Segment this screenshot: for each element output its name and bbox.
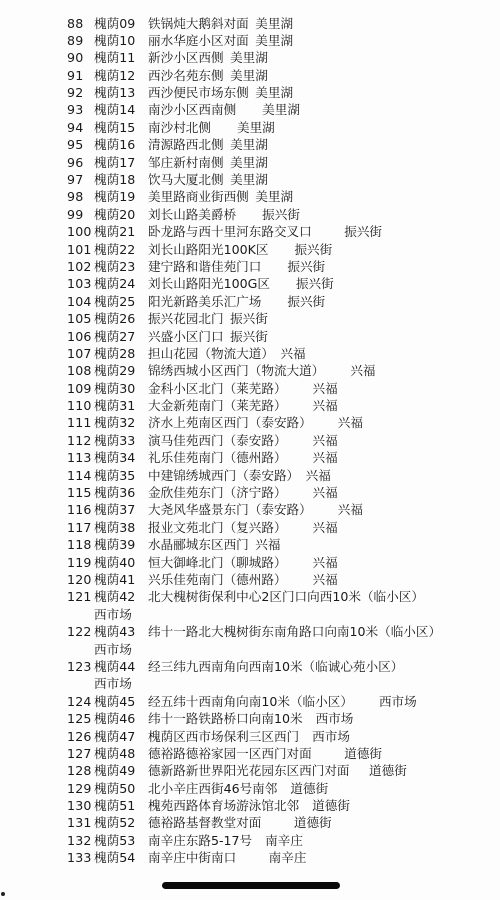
table-row: 90槐荫11新沙小区西侧美里湖 (0, 49, 500, 66)
table-row: 102槐荫23建宁路和谐佳苑门口振兴街 (0, 258, 500, 275)
site-code: 槐荫44 (94, 658, 135, 675)
location-and-district: 经三纬九西南角向西南10米（临诚心苑小区） (148, 658, 403, 675)
site-code: 槐荫28 (94, 345, 135, 362)
location-and-district: 卧龙路与西十里河东路交叉口振兴街 (148, 223, 382, 240)
district-text: 兴福 (313, 485, 338, 500)
location-text: 铁锅炖大鹅斜对面 (148, 16, 249, 31)
location-text: 振兴花园北门 (148, 311, 224, 326)
table-row: 97槐荫18饮马大厦北侧美里湖 (0, 171, 500, 188)
location-text: 北小辛庄西街46号南邻 (148, 781, 277, 796)
location-and-district: 济水上苑南区西门（泰安路）兴福 (148, 414, 363, 431)
location-text: 经三纬九西南角向西南10米（临诚心苑小区） (148, 659, 403, 674)
row-number: 118 (67, 536, 92, 553)
site-code: 槐荫14 (94, 101, 135, 118)
table-row: 119槐荫40恒大御峰北门（聊城路）兴福 (0, 554, 500, 571)
site-code: 槐荫51 (94, 797, 135, 814)
site-code: 槐荫32 (94, 414, 135, 431)
location-text: 德裕路德裕家园一区西门对面 (148, 746, 312, 761)
location-and-district: 南沙小区西南侧美里湖 (148, 101, 300, 118)
table-row: 89槐荫10丽水华庭小区对面美里湖 (0, 32, 500, 49)
location-and-district: 金科小区北门（莱芜路）兴福 (148, 380, 338, 397)
table-row: 91槐荫12西沙名苑东侧美里湖 (0, 67, 500, 84)
row-number: 133 (67, 849, 92, 866)
location-and-district: 演马佳苑西门（泰安路）兴福 (148, 432, 338, 449)
table-row: 115槐荫36金欣佳苑东门（济宁路）兴福 (0, 484, 500, 501)
site-code: 槐荫20 (94, 206, 135, 223)
district-text: 南辛庄 (265, 833, 303, 848)
location-and-district: 德裕路基督教堂对面道德街 (148, 814, 332, 831)
location-text: 德新路新世界阳光花园东区西门对面 (148, 763, 350, 778)
row-number: 107 (67, 345, 92, 362)
district-text: 兴福 (350, 363, 375, 378)
table-row: 120槐荫41兴乐佳苑南门（德州路）兴福 (0, 571, 500, 588)
table-row: 123槐荫44经三纬九西南角向西南10米（临诚心苑小区） (0, 658, 500, 675)
row-number: 110 (67, 397, 92, 414)
location-and-district: 建宁路和谐佳苑门口振兴街 (148, 258, 325, 275)
location-and-district: 美里路商业街西侧美里湖 (148, 188, 293, 205)
location-text: 北大槐树街保利中心2区门口向西10米（临小区） (148, 589, 424, 604)
location-text: 水晶郦城东区西门 (148, 537, 249, 552)
site-code: 槐荫48 (94, 745, 135, 762)
site-code: 槐荫12 (94, 67, 135, 84)
table-row: 110槐荫31大金新苑南门（莱芜路）兴福 (0, 397, 500, 414)
row-number: 101 (67, 241, 92, 258)
location-text: 南沙小区西南侧 (148, 102, 236, 117)
row-number: 104 (67, 293, 92, 310)
row-number: 92 (67, 84, 83, 101)
table-row: 132槐荫53南辛庄东路5-17号南辛庄 (0, 832, 500, 849)
location-text: 刘长山路阳光100K区 (148, 242, 268, 257)
location-text: 中建锦绣城西门（泰安路） (148, 468, 299, 483)
location-text: 刘长山路阳光100G区 (148, 276, 270, 291)
district-text: 西市场 (379, 694, 417, 709)
district-text: 兴福 (313, 381, 338, 396)
table-row: 108槐荫29锦绣西城小区西门（物流大道）兴福 (0, 362, 500, 379)
site-code: 槐荫42 (94, 588, 135, 605)
site-code: 槐荫39 (94, 536, 135, 553)
table-row: 107槐荫28担山花园（物流大道）兴福 (0, 345, 500, 362)
location-text: 德裕路基督教堂对面 (148, 815, 261, 830)
site-code: 槐荫41 (94, 571, 135, 588)
location-list: 88槐荫09铁锅炖大鹅斜对面美里湖89槐荫10丽水华庭小区对面美里湖90槐荫11… (0, 15, 500, 867)
table-row: 122槐荫43纬十一路北大槐树街东南角路口向南10米（临小区） (0, 623, 500, 640)
site-code: 槐荫37 (94, 501, 135, 518)
table-row: 88槐荫09铁锅炖大鹅斜对面美里湖 (0, 15, 500, 32)
table-row: 100槐荫21卧龙路与西十里河东路交叉口振兴街 (0, 223, 500, 240)
location-and-district: 德裕路德裕家园一区西门对面道德街 (148, 745, 382, 762)
site-code: 槐荫43 (94, 623, 135, 640)
location-text: 演马佳苑西门（泰安路） (148, 433, 287, 448)
district-text: 道德街 (344, 746, 382, 761)
location-text: 南辛庄东路5-17号 (148, 833, 252, 848)
location-text: 美里路商业街西侧 (148, 189, 249, 204)
location-text: 南辛庄中街南口 (148, 850, 236, 865)
site-code: 槐荫15 (94, 119, 135, 136)
location-text: 刘长山路美爵桥 (148, 207, 236, 222)
site-code: 槐荫52 (94, 814, 135, 831)
district-text: 振兴街 (287, 259, 325, 274)
district-text: 美里湖 (230, 137, 268, 152)
location-text: 南沙村北侧 (148, 120, 211, 135)
district-text: 兴福 (313, 555, 338, 570)
district-text: 振兴街 (344, 224, 382, 239)
row-number: 94 (67, 119, 83, 136)
row-number: 126 (67, 728, 92, 745)
table-row: 125槐荫46纬十一路铁路桥口向南10米西市场 (0, 710, 500, 727)
district-text: 兴福 (313, 520, 338, 535)
location-and-district: 南沙村北侧美里湖 (148, 119, 275, 136)
location-text: 报业文苑北门（复兴路） (148, 520, 287, 535)
row-number: 97 (67, 171, 83, 188)
location-text: 丽水华庭小区对面 (148, 33, 249, 48)
row-number: 130 (67, 797, 92, 814)
location-text: 槐苑西路体育场游泳馆北邻 (148, 798, 299, 813)
location-text: 新沙小区西侧 (148, 50, 224, 65)
table-row: 95槐荫16清源路西北侧美里湖 (0, 136, 500, 153)
row-number: 117 (67, 519, 92, 536)
district-text: 兴福 (306, 468, 331, 483)
site-code: 槐荫21 (94, 223, 135, 240)
row-number: 96 (67, 154, 83, 171)
table-row: 101槐荫22刘长山路阳光100K区振兴街 (0, 241, 500, 258)
location-and-district: 邹庄新村南侧美里湖 (148, 154, 268, 171)
row-number: 91 (67, 67, 83, 84)
location-and-district: 纬十一路北大槐树街东南角路口向南10米（临小区） (148, 623, 441, 640)
district-text: 美里湖 (262, 102, 300, 117)
location-text: 礼乐佳苑南门（德州路） (148, 450, 287, 465)
location-and-district: 报业文苑北门（复兴路）兴福 (148, 519, 338, 536)
district-text: 兴福 (255, 537, 280, 552)
site-code: 槐荫31 (94, 397, 135, 414)
table-row: 118槐荫39水晶郦城东区西门兴福 (0, 536, 500, 553)
location-and-district: 金欣佳苑东门（济宁路）兴福 (148, 484, 338, 501)
district-text: 振兴街 (287, 294, 325, 309)
district-text: 美里湖 (230, 68, 268, 83)
district-text: 兴福 (338, 415, 363, 430)
row-number: 90 (67, 49, 83, 66)
row-number: 123 (67, 658, 92, 675)
table-row: 127槐荫48德裕路德裕家园一区西门对面道德街 (0, 745, 500, 762)
table-row: 129槐荫50北小辛庄西街46号南邻道德街 (0, 780, 500, 797)
site-code: 槐荫26 (94, 310, 135, 327)
table-row: 114槐荫35中建锦绣城西门（泰安路）兴福 (0, 467, 500, 484)
location-and-district: 水晶郦城东区西门兴福 (148, 536, 280, 553)
table-row: 133槐荫54南辛庄中街南口南辛庄 (0, 849, 500, 866)
district-text: 西市场 (94, 641, 132, 658)
table-row: 131槐荫52德裕路基督教堂对面道德街 (0, 814, 500, 831)
row-number: 98 (67, 188, 83, 205)
location-text: 金科小区北门（莱芜路） (148, 381, 287, 396)
location-and-district: 北大槐树街保利中心2区门口向西10米（临小区） (148, 588, 424, 605)
table-row: 105槐荫26振兴花园北门振兴街 (0, 310, 500, 327)
row-number: 95 (67, 136, 83, 153)
row-number: 113 (67, 449, 92, 466)
row-number: 125 (67, 710, 92, 727)
site-code: 槐荫10 (94, 32, 135, 49)
row-number: 131 (67, 814, 92, 831)
district-text: 道德街 (369, 763, 407, 778)
row-number: 128 (67, 762, 92, 779)
row-number: 109 (67, 380, 92, 397)
location-text: 纬十一路铁路桥口向南10米 (148, 711, 303, 726)
table-row: 96槐荫17邹庄新村南侧美里湖 (0, 154, 500, 171)
district-text: 美里湖 (255, 16, 293, 31)
district-text: 振兴街 (230, 311, 268, 326)
site-code: 槐荫13 (94, 84, 135, 101)
row-number: 112 (67, 432, 92, 449)
site-code: 槐荫50 (94, 780, 135, 797)
table-row: 126槐荫47槐荫区西市场保利三区西门西市场 (0, 728, 500, 745)
district-text: 西市场 (316, 711, 354, 726)
row-number: 116 (67, 501, 92, 518)
site-code: 槐荫25 (94, 293, 135, 310)
district-text: 振兴街 (296, 276, 334, 291)
location-text: 建宁路和谐佳苑门口 (148, 259, 261, 274)
district-text: 道德街 (294, 815, 332, 830)
location-and-district: 振兴花园北门振兴街 (148, 310, 268, 327)
site-code: 槐荫38 (94, 519, 135, 536)
table-row-continuation: 西市场 (0, 641, 500, 658)
row-number: 103 (67, 275, 92, 292)
district-text: 美里湖 (230, 50, 268, 65)
district-text: 振兴街 (294, 242, 332, 257)
location-text: 邹庄新村南侧 (148, 155, 224, 170)
table-row: 103槐荫24刘长山路阳光100G区振兴街 (0, 275, 500, 292)
location-text: 兴乐佳苑南门（德州路） (148, 572, 287, 587)
site-code: 槐荫34 (94, 449, 135, 466)
table-row: 111槐荫32济水上苑南区西门（泰安路）兴福 (0, 414, 500, 431)
home-indicator[interactable] (162, 882, 340, 889)
district-text: 美里湖 (255, 85, 293, 100)
table-row: 98槐荫19美里路商业街西侧美里湖 (0, 188, 500, 205)
location-and-district: 南辛庄中街南口南辛庄 (148, 849, 306, 866)
site-code: 槐荫53 (94, 832, 135, 849)
location-and-district: 铁锅炖大鹅斜对面美里湖 (148, 15, 293, 32)
site-code: 槐荫18 (94, 171, 135, 188)
district-text: 美里湖 (230, 155, 268, 170)
row-number: 106 (67, 328, 92, 345)
table-row: 124槐荫45经五纬十西南角向南10米（临小区）西市场 (0, 693, 500, 710)
district-text: 振兴街 (230, 329, 268, 344)
location-text: 经五纬十西南角向南10米（临小区） (148, 694, 353, 709)
row-number: 119 (67, 554, 92, 571)
table-row: 106槐荫27兴盛小区门口振兴街 (0, 328, 500, 345)
row-number: 102 (67, 258, 92, 275)
site-code: 槐荫11 (94, 49, 135, 66)
location-and-district: 新沙小区西侧美里湖 (148, 49, 268, 66)
site-code: 槐荫23 (94, 258, 135, 275)
location-and-district: 大金新苑南门（莱芜路）兴福 (148, 397, 338, 414)
district-text: 道德街 (290, 781, 328, 796)
location-and-district: 饮马大厦北侧美里湖 (148, 171, 268, 188)
location-text: 西沙名苑东侧 (148, 68, 224, 83)
site-code: 槐荫35 (94, 467, 135, 484)
location-text: 饮马大厦北侧 (148, 172, 224, 187)
location-and-district: 中建锦绣城西门（泰安路）兴福 (148, 467, 331, 484)
district-text: 兴福 (313, 433, 338, 448)
location-text: 阳光新路美乐汇广场 (148, 294, 261, 309)
district-text: 美里湖 (237, 120, 275, 135)
table-row: 130槐荫51槐苑西路体育场游泳馆北邻道德街 (0, 797, 500, 814)
site-code: 槐荫17 (94, 154, 135, 171)
district-text: 道德街 (312, 798, 350, 813)
location-and-district: 西沙名苑东侧美里湖 (148, 67, 268, 84)
district-text: 西市场 (94, 606, 132, 623)
location-and-district: 刘长山路阳光100G区振兴街 (148, 275, 334, 292)
row-number: 105 (67, 310, 92, 327)
district-text: 兴福 (338, 502, 363, 517)
row-number: 93 (67, 101, 83, 118)
district-text: 西市场 (312, 729, 350, 744)
location-and-district: 锦绣西城小区西门（物流大道）兴福 (148, 362, 376, 379)
row-number: 111 (67, 414, 92, 431)
table-row: 92槐荫13西沙便民市场东侧美里湖 (0, 84, 500, 101)
row-number: 99 (67, 206, 83, 223)
location-text: 大金新苑南门（莱芜路） (148, 398, 287, 413)
table-row-continuation: 西市场 (0, 606, 500, 623)
location-and-district: 兴盛小区门口振兴街 (148, 328, 268, 345)
table-row: 94槐荫15南沙村北侧美里湖 (0, 119, 500, 136)
site-code: 槐荫40 (94, 554, 135, 571)
location-text: 金欣佳苑东门（济宁路） (148, 485, 287, 500)
site-code: 槐荫30 (94, 380, 135, 397)
table-row: 104槐荫25阳光新路美乐汇广场振兴街 (0, 293, 500, 310)
location-and-district: 经五纬十西南角向南10米（临小区）西市场 (148, 693, 417, 710)
location-and-district: 丽水华庭小区对面美里湖 (148, 32, 293, 49)
district-text: 南辛庄 (269, 850, 307, 865)
location-and-district: 北小辛庄西街46号南邻道德街 (148, 780, 328, 797)
location-text: 兴盛小区门口 (148, 329, 224, 344)
location-text: 槐荫区西市场保利三区西门 (148, 729, 299, 744)
site-code: 槐荫29 (94, 362, 135, 379)
row-number: 120 (67, 571, 92, 588)
location-and-district: 南辛庄东路5-17号南辛庄 (148, 832, 303, 849)
row-number: 114 (67, 467, 92, 484)
site-code: 槐荫27 (94, 328, 135, 345)
location-text: 西沙便民市场东侧 (148, 85, 249, 100)
site-code: 槐荫46 (94, 710, 135, 727)
location-and-district: 西沙便民市场东侧美里湖 (148, 84, 293, 101)
district-text: 振兴街 (262, 207, 300, 222)
location-and-district: 槐荫区西市场保利三区西门西市场 (148, 728, 350, 745)
location-and-district: 担山花园（物流大道）兴福 (148, 345, 306, 362)
site-code: 槐荫24 (94, 275, 135, 292)
location-and-district: 礼乐佳苑南门（德州路）兴福 (148, 449, 338, 466)
table-row: 117槐荫38报业文苑北门（复兴路）兴福 (0, 519, 500, 536)
district-text: 美里湖 (255, 33, 293, 48)
table-row: 93槐荫14南沙小区西南侧美里湖 (0, 101, 500, 118)
row-number: 122 (67, 623, 92, 640)
location-text: 恒大御峰北门（聊城路） (148, 555, 287, 570)
row-number: 121 (67, 588, 92, 605)
location-and-district: 纬十一路铁路桥口向南10米西市场 (148, 710, 353, 727)
site-code: 槐荫45 (94, 693, 135, 710)
location-text: 纬十一路北大槐树街东南角路口向南10米（临小区） (148, 624, 441, 639)
location-and-district: 刘长山路美爵桥振兴街 (148, 206, 300, 223)
location-and-district: 兴乐佳苑南门（德州路）兴福 (148, 571, 338, 588)
location-and-district: 恒大御峰北门（聊城路）兴福 (148, 554, 338, 571)
table-row: 112槐荫33演马佳苑西门（泰安路）兴福 (0, 432, 500, 449)
table-row: 128槐荫49德新路新世界阳光花园东区西门对面道德街 (0, 762, 500, 779)
row-number: 89 (67, 32, 83, 49)
row-number: 127 (67, 745, 92, 762)
table-row: 109槐荫30金科小区北门（莱芜路）兴福 (0, 380, 500, 397)
site-code: 槐荫09 (94, 15, 135, 32)
location-and-district: 德新路新世界阳光花园东区西门对面道德街 (148, 762, 407, 779)
site-code: 槐荫19 (94, 188, 135, 205)
row-number: 124 (67, 693, 92, 710)
district-text: 兴福 (313, 572, 338, 587)
district-text: 西市场 (94, 675, 132, 692)
site-code: 槐荫22 (94, 241, 135, 258)
site-code: 槐荫36 (94, 484, 135, 501)
site-code: 槐荫16 (94, 136, 135, 153)
location-and-district: 大尧风华盛景东门（泰安路）兴福 (148, 501, 363, 518)
table-row: 113槐荫34礼乐佳苑南门（德州路）兴福 (0, 449, 500, 466)
table-row: 99槐荫20刘长山路美爵桥振兴街 (0, 206, 500, 223)
location-text: 清源路西北侧 (148, 137, 224, 152)
location-text: 卧龙路与西十里河东路交叉口 (148, 224, 312, 239)
location-text: 锦绣西城小区西门（物流大道） (148, 363, 324, 378)
corner-dot (1, 892, 5, 896)
row-number: 100 (67, 223, 92, 240)
location-text: 大尧风华盛景东门（泰安路） (148, 502, 312, 517)
table-row-continuation: 西市场 (0, 675, 500, 692)
district-text: 美里湖 (230, 172, 268, 187)
site-code: 槐荫33 (94, 432, 135, 449)
location-and-district: 刘长山路阳光100K区振兴街 (148, 241, 332, 258)
location-and-district: 清源路西北侧美里湖 (148, 136, 268, 153)
row-number: 88 (67, 15, 83, 32)
row-number: 132 (67, 832, 92, 849)
row-number: 108 (67, 362, 92, 379)
location-text: 济水上苑南区西门（泰安路） (148, 415, 312, 430)
site-code: 槐荫47 (94, 728, 135, 745)
site-code: 槐荫49 (94, 762, 135, 779)
location-and-district: 槐苑西路体育场游泳馆北邻道德街 (148, 797, 350, 814)
district-text: 兴福 (280, 346, 305, 361)
district-text: 兴福 (313, 398, 338, 413)
district-text: 美里湖 (255, 189, 293, 204)
location-and-district: 阳光新路美乐汇广场振兴街 (148, 293, 325, 310)
row-number: 115 (67, 484, 92, 501)
table-row: 116槐荫37大尧风华盛景东门（泰安路）兴福 (0, 501, 500, 518)
row-number: 129 (67, 780, 92, 797)
site-code: 槐荫54 (94, 849, 135, 866)
location-text: 担山花园（物流大道） (148, 346, 274, 361)
table-row: 121槐荫42北大槐树街保利中心2区门口向西10米（临小区） (0, 588, 500, 605)
district-text: 兴福 (313, 450, 338, 465)
